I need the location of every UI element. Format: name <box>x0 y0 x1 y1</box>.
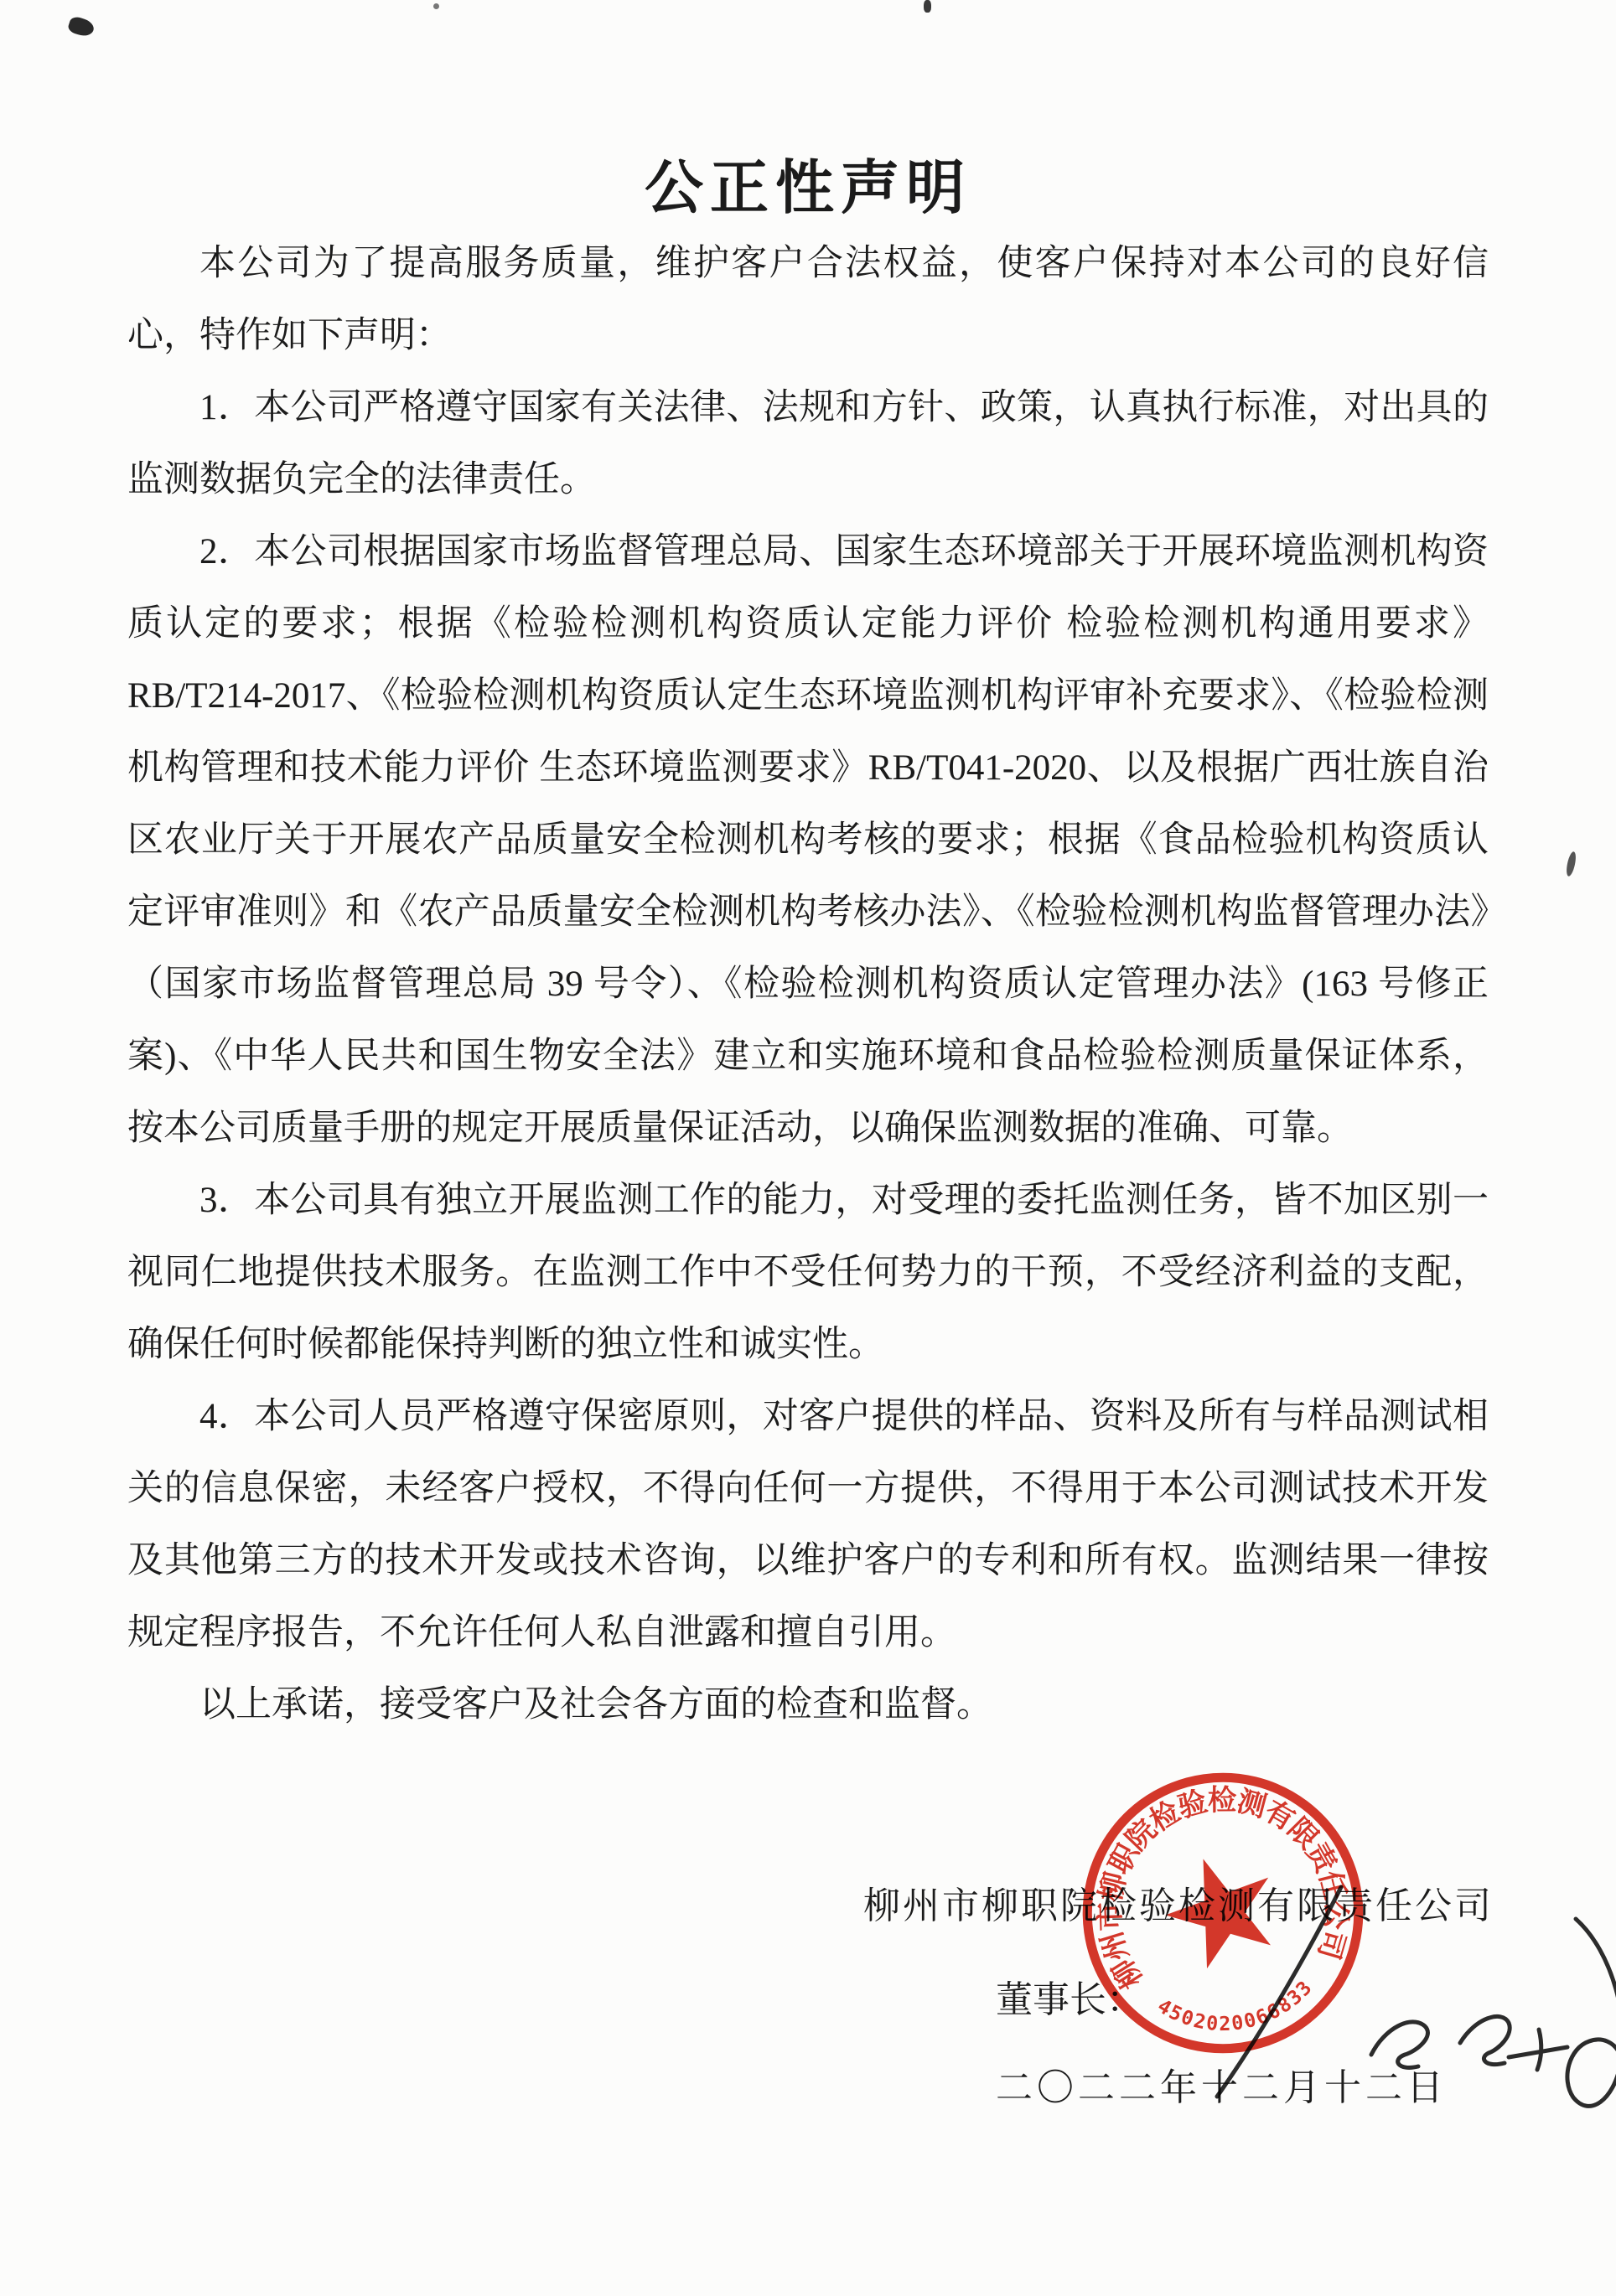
handwritten-signature <box>1090 1835 1616 2154</box>
clause-4: 4．本公司人员严格遵守保密原则，对客户提供的样品、资料及所有与样品测试相关的信息… <box>127 1381 1489 1669</box>
clause-3: 3．本公司具有独立开展监测工作的能力，对受理的委托监测任务，皆不加区别一视同仁地… <box>127 1165 1489 1381</box>
clause-2: 2．本公司根据国家市场监督管理总局、国家生态环境部关于开展环境监测机构资质认定的… <box>127 516 1489 1165</box>
document-title: 公正性声明 <box>0 141 1616 225</box>
scan-artifact <box>1565 851 1577 877</box>
signature-stroke <box>1537 2030 1541 2070</box>
closing-pledge: 以上承诺，接受客户及社会各方面的检查和监督。 <box>127 1669 1489 1741</box>
signature-stroke <box>1509 2047 1567 2057</box>
signature-stroke <box>1371 2022 1427 2068</box>
clause-1: 1．本公司严格遵守国家有关法律、法规和方针、政策，认真执行标准，对出具的监测数据… <box>127 372 1489 516</box>
scan-artifact <box>67 15 96 39</box>
intro-paragraph: 本公司为了提高服务质量，维护客户合法权益，使客户保持对本公司的良好信心，特作如下… <box>127 228 1489 372</box>
signature-stroke <box>1217 1887 1341 2097</box>
signature-stroke <box>1460 2016 1510 2064</box>
document-body: 本公司为了提高服务质量，维护客户合法权益，使客户保持对本公司的良好信心，特作如下… <box>127 228 1489 1741</box>
document-page: 公正性声明 本公司为了提高服务质量，维护客户合法权益，使客户保持对本公司的良好信… <box>0 0 1616 2296</box>
signature-stroke <box>1567 1919 1616 2106</box>
scan-artifact <box>433 3 439 9</box>
scan-artifact <box>924 0 931 13</box>
